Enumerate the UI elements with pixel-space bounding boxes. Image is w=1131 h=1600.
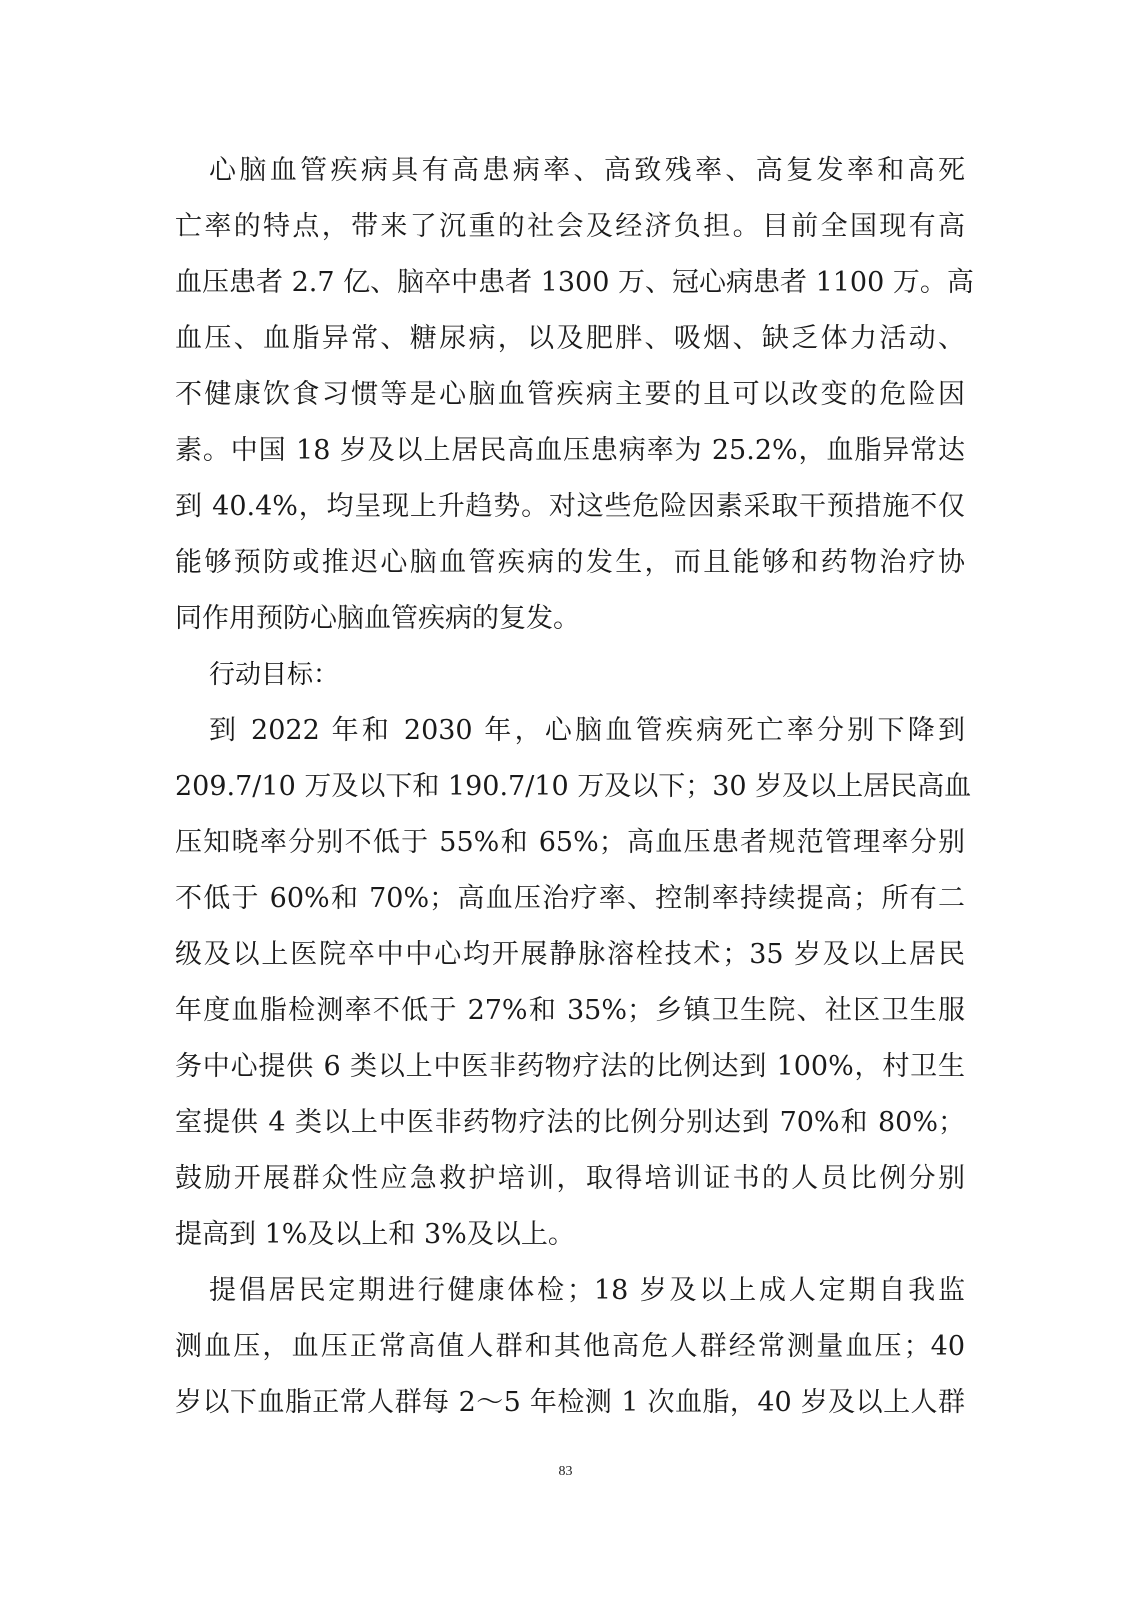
paragraph-line: 血压患者 2.7 亿、脑卒中患者 1300 万、冠心病患者 1100 万。高 bbox=[175, 266, 965, 300]
paragraph-line: 压知晓率分别不低于 55%和 65%；高血压患者规范管理率分别 bbox=[175, 826, 965, 860]
paragraph-line: 务中心提供 6 类以上中医非药物疗法的比例达到 100%，村卫生 bbox=[175, 1050, 965, 1084]
paragraph-line: 能够预防或推迟心脑血管疾病的发生，而且能够和药物治疗协 bbox=[175, 546, 965, 580]
paragraph-line: 年度血脂检测率不低于 27%和 35%；乡镇卫生院、社区卫生服 bbox=[175, 994, 965, 1028]
paragraph-line: 心脑血管疾病具有高患病率、高致残率、高复发率和高死 bbox=[209, 154, 965, 188]
paragraph-line: 到 40.4%，均呈现上升趋势。对这些危险因素采取干预措施不仅 bbox=[175, 490, 965, 524]
paragraph-line: 提倡居民定期进行健康体检；18 岁及以上成人定期自我监 bbox=[209, 1274, 965, 1308]
section-heading: 行动目标： bbox=[209, 658, 339, 692]
paragraph-line: 不低于 60%和 70%；高血压治疗率、控制率持续提高；所有二 bbox=[175, 882, 965, 916]
document-page: 心脑血管疾病具有高患病率、高致残率、高复发率和高死 亡率的特点，带来了沉重的社会… bbox=[0, 0, 1131, 1600]
paragraph-line: 同作用预防心脑血管疾病的复发。 bbox=[175, 602, 965, 636]
paragraph-line: 不健康饮食习惯等是心脑血管疾病主要的且可以改变的危险因 bbox=[175, 378, 965, 412]
paragraph-line: 鼓励开展群众性应急救护培训，取得培训证书的人员比例分别 bbox=[175, 1162, 965, 1196]
paragraph-line: 209.7/10 万及以下和 190.7/10 万及以下；30 岁及以上居民高血 bbox=[175, 770, 965, 804]
paragraph-line: 提高到 1%及以上和 3%及以上。 bbox=[175, 1218, 965, 1252]
page-number: 83 bbox=[0, 1464, 1131, 1480]
paragraph-line: 素。中国 18 岁及以上居民高血压患病率为 25.2%，血脂异常达 bbox=[175, 434, 965, 468]
paragraph-line: 血压、血脂异常、糖尿病，以及肥胖、吸烟、缺乏体力活动、 bbox=[175, 322, 965, 356]
paragraph-line: 室提供 4 类以上中医非药物疗法的比例分别达到 70%和 80%； bbox=[175, 1106, 965, 1140]
paragraph-line: 亡率的特点，带来了沉重的社会及经济负担。目前全国现有高 bbox=[175, 210, 965, 244]
paragraph-line: 测血压，血压正常高值人群和其他高危人群经常测量血压；40 bbox=[175, 1330, 965, 1364]
paragraph-line: 岁以下血脂正常人群每 2～5 年检测 1 次血脂，40 岁及以上人群 bbox=[175, 1386, 965, 1420]
paragraph-line: 级及以上医院卒中中心均开展静脉溶栓技术；35 岁及以上居民 bbox=[175, 938, 965, 972]
paragraph-line: 到 2022 年和 2030 年，心脑血管疾病死亡率分别下降到 bbox=[209, 714, 965, 748]
